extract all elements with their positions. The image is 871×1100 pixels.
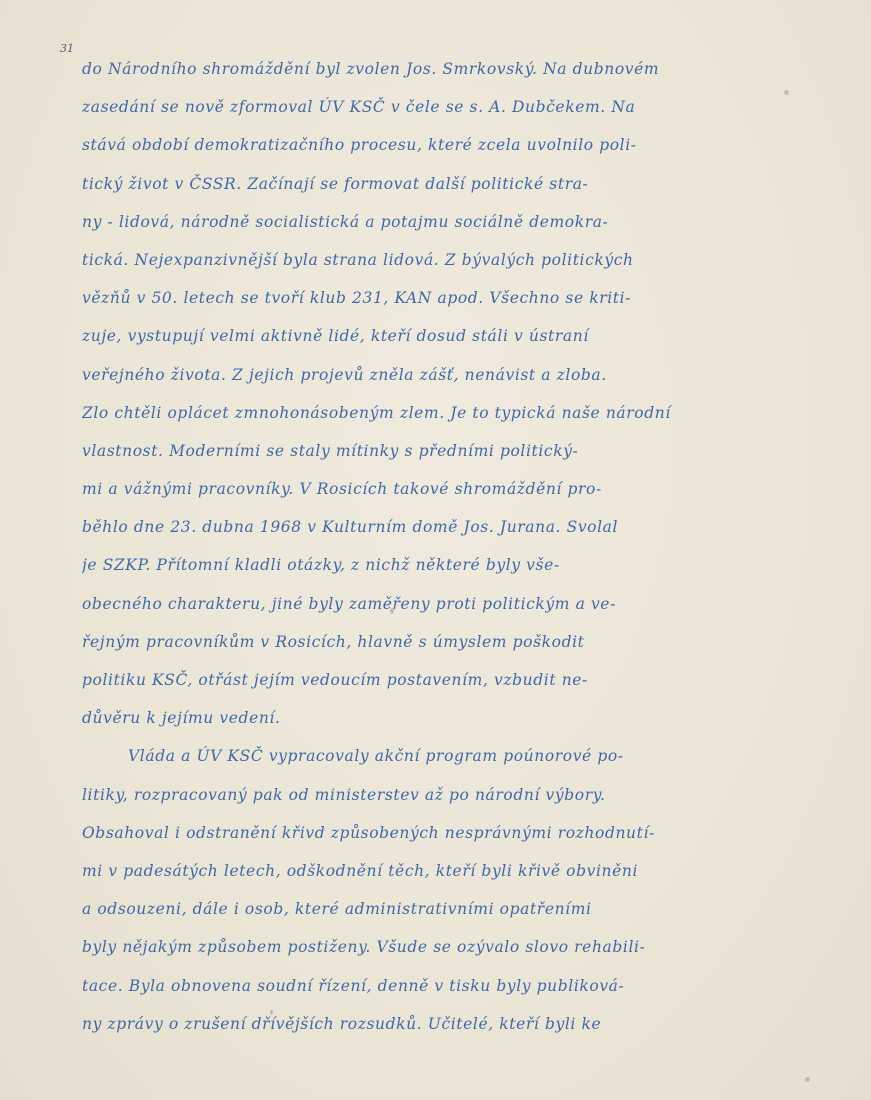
text-line: litiky, rozpracovaný pak od ministerstev…	[82, 776, 822, 814]
text-line: mi v padesátých letech, odškodnění těch,…	[82, 852, 822, 890]
text-line: řejným pracovníkům v Rosicích, hlavně s …	[82, 623, 822, 661]
text-line: tický život v ČSSR. Začínají se formovat…	[82, 165, 822, 203]
paper-stain	[270, 1010, 273, 1015]
text-line: stává období demokratizačního procesu, k…	[82, 126, 822, 164]
paper-stain	[390, 608, 394, 614]
text-line: obecného charakteru, jiné byly zaměřeny …	[82, 585, 822, 623]
text-line: do Národního shromáždění byl zvolen Jos.…	[82, 50, 822, 88]
text-line: zasedání se nově zformoval ÚV KSČ v čele…	[82, 88, 822, 126]
text-line: ny - lidová, národně socialistická a pot…	[82, 203, 822, 241]
paper-stain	[784, 90, 789, 95]
text-line: Obsahoval i odstranění křivd způsobených…	[82, 814, 822, 852]
text-line: vězňů v 50. letech se tvoří klub 231, KA…	[82, 279, 822, 317]
text-line: běhlo dne 23. dubna 1968 v Kulturním dom…	[82, 508, 822, 546]
text-line: tace. Byla obnovena soudní řízení, denně…	[82, 967, 822, 1005]
text-line: je SZKP. Přítomní kladli otázky, z nichž…	[82, 546, 822, 584]
page-number: 31	[60, 42, 74, 55]
text-line: vlastnost. Moderními se staly mítinky s …	[82, 432, 822, 470]
text-line: mi a vážnými pracovníky. V Rosicích tako…	[82, 470, 822, 508]
paragraph-start-line: Vláda a ÚV KSČ vypracovaly akční program…	[82, 737, 822, 775]
text-line: veřejného života. Z jejich projevů zněla…	[82, 356, 822, 394]
paper-stain	[805, 1077, 810, 1082]
text-line: ny zprávy o zrušení dřívějších rozsudků.…	[82, 1005, 822, 1043]
text-line: a odsouzeni, dále i osob, které administ…	[82, 890, 822, 928]
text-line: tická. Nejexpanzivnější byla strana lido…	[82, 241, 822, 279]
text-line: Zlo chtěli oplácet zmnohonásobeným zlem.…	[82, 394, 822, 432]
handwritten-page: 31 do Národního shromáždění byl zvolen J…	[0, 0, 871, 1100]
text-line: byly nějakým způsobem postiženy. Všude s…	[82, 928, 822, 966]
text-line: důvěru k jejímu vedení.	[82, 699, 822, 737]
handwritten-text-body: do Národního shromáždění byl zvolen Jos.…	[82, 50, 822, 1043]
text-line: zuje, vystupují velmi aktivně lidé, kteř…	[82, 317, 822, 355]
text-line: politiku KSČ, otřást jejím vedoucím post…	[82, 661, 822, 699]
